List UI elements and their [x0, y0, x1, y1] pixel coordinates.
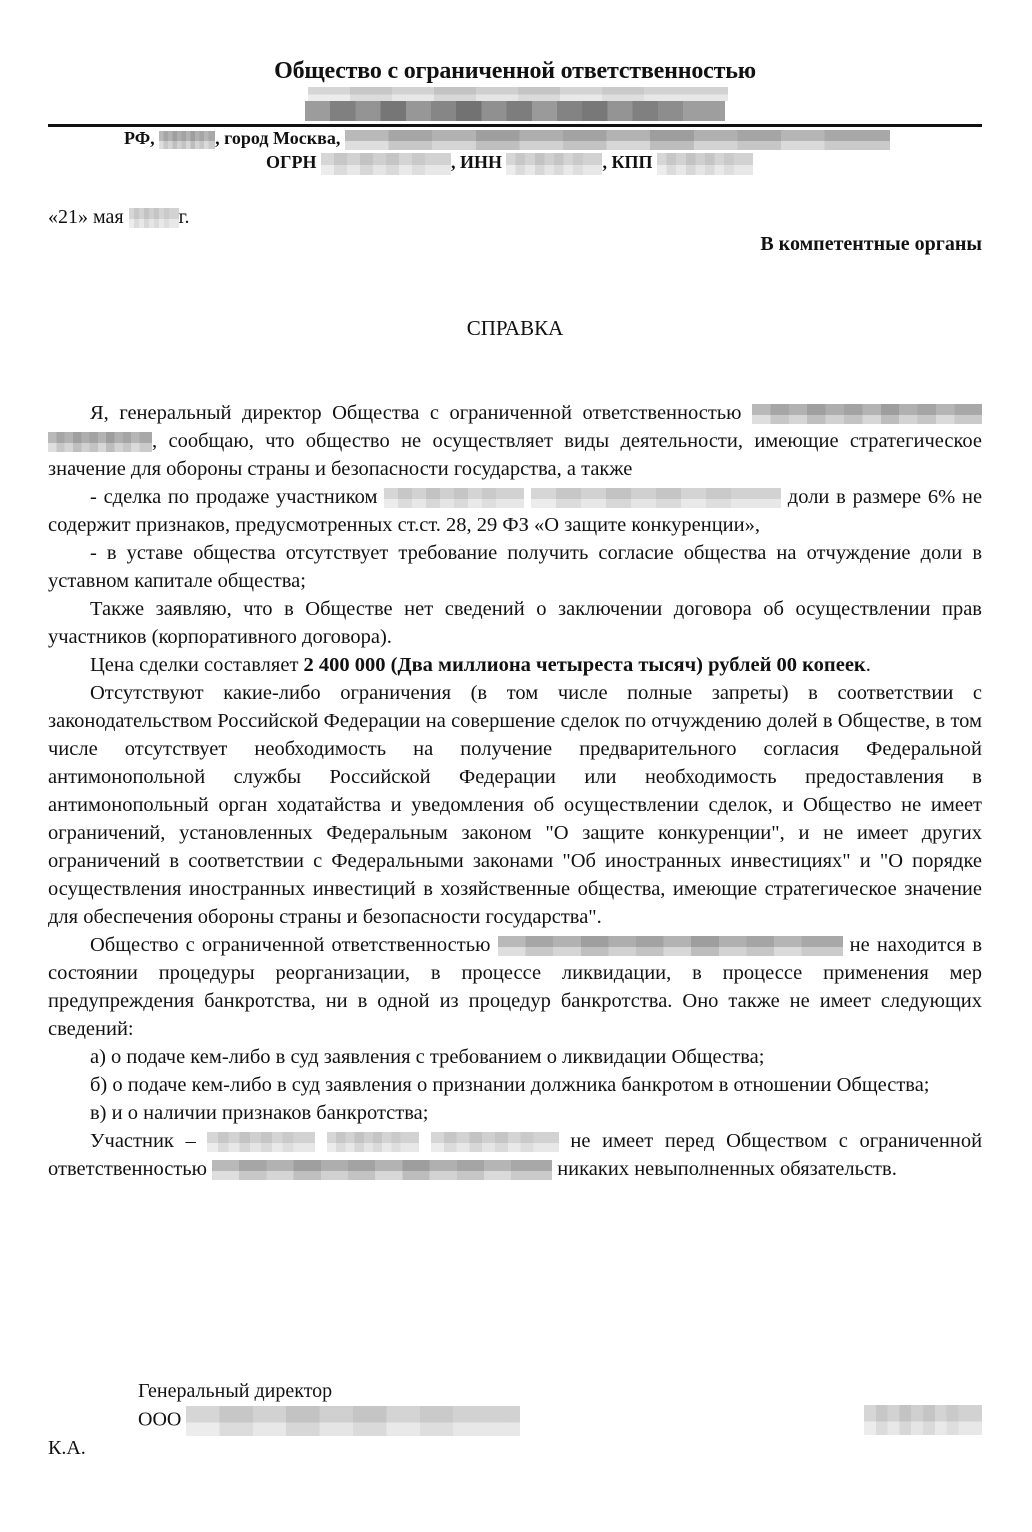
header-divider: [48, 124, 982, 127]
redacted-company-name: [308, 87, 728, 101]
text-span: никаких невыполненных обязательств.: [557, 1158, 897, 1180]
inn-label: , ИНН: [451, 152, 502, 172]
redacted-company-name: [498, 936, 843, 956]
paragraph-director-statement: Я, генеральный директор Общества с огран…: [48, 399, 982, 483]
redacted-company-name: [752, 404, 982, 424]
text-span: - сделка по продаже участником: [90, 486, 377, 508]
document-title: СПРАВКА: [48, 316, 982, 341]
redacted-company-name: [212, 1160, 552, 1180]
addressee: В компетентные органы: [760, 233, 982, 256]
paragraph-deal-price: Цена сделки составляет 2 400 000 (Два ми…: [48, 651, 982, 679]
redacted-company-name-line2: [305, 101, 725, 121]
paragraph-no-restrictions: Отсутствуют какие-либо ограничения (в то…: [48, 679, 982, 931]
paragraph-share-sale: - сделка по продаже участником доли в ра…: [48, 483, 982, 539]
redacted-company-name-part: [48, 432, 152, 452]
paragraph-participant-obligations: Участник – не имеет перед Обществом с ог…: [48, 1127, 982, 1183]
redacted-signatory-surname: [864, 1405, 982, 1435]
date-month: мая: [93, 206, 124, 228]
list-item-a: а) о подаче кем-либо в суд заявления с т…: [48, 1043, 982, 1071]
kpp-label: , КПП: [602, 152, 652, 172]
redacted-participant-name: [384, 488, 524, 508]
date-year-suffix: г.: [179, 206, 190, 228]
paragraph-no-bankruptcy: Общество с ограниченной ответственностью…: [48, 931, 982, 1043]
company-type-heading: Общество с ограниченной ответственностью: [48, 58, 982, 85]
document-body: Я, генеральный директор Общества с огран…: [48, 399, 982, 1183]
text-span: , сообщаю, что общество не осуществляет …: [48, 430, 982, 480]
address-country: РФ,: [124, 128, 155, 148]
company-registration-numbers: ОГРН , ИНН , КПП: [266, 152, 753, 175]
redacted-ogrn: [321, 153, 451, 175]
paragraph-corporate-agreement: Также заявляю, что в Обществе нет сведен…: [48, 595, 982, 651]
company-address: РФ, , город Москва,: [124, 128, 890, 150]
document-date: «21» мая г.: [48, 206, 190, 229]
redacted-inn: [506, 153, 602, 175]
text-span: Общество с ограниченной ответственностью: [90, 934, 490, 956]
text-span: Участник –: [90, 1130, 196, 1152]
address-city: , город Москва,: [215, 128, 340, 148]
deal-price-amount: 2 400 000 (Два миллиона четыреста тысяч)…: [304, 654, 866, 676]
redacted-org-name: [186, 1406, 520, 1436]
signatory-initials: К.А.: [48, 1437, 86, 1460]
ogrn-label: ОГРН: [266, 152, 316, 172]
list-item-c: в) и о наличии признаков банкротства;: [48, 1099, 982, 1127]
signatory-role: Генеральный директор: [138, 1380, 332, 1403]
paragraph-charter-consent: - в уставе общества отсутствует требован…: [48, 539, 982, 595]
redacted-participant-patronymic: [431, 1132, 559, 1152]
redacted-region: [159, 131, 215, 149]
text-span: .: [866, 654, 871, 676]
org-prefix: ООО: [138, 1409, 181, 1431]
redacted-kpp: [657, 153, 753, 175]
list-item-b: б) о подаче кем-либо в суд заявления о п…: [48, 1071, 982, 1099]
date-day: «21»: [48, 206, 88, 228]
signatory-organization: ООО: [138, 1406, 520, 1436]
text-span: Я, генеральный директор Общества с огран…: [90, 402, 741, 424]
redacted-participant-surname: [531, 488, 781, 508]
redacted-street-address: [345, 130, 890, 150]
text-span: Цена сделки составляет: [90, 654, 298, 676]
redacted-participant-surname: [207, 1132, 315, 1152]
redacted-participant-name: [327, 1132, 419, 1152]
redacted-year: [129, 208, 179, 228]
